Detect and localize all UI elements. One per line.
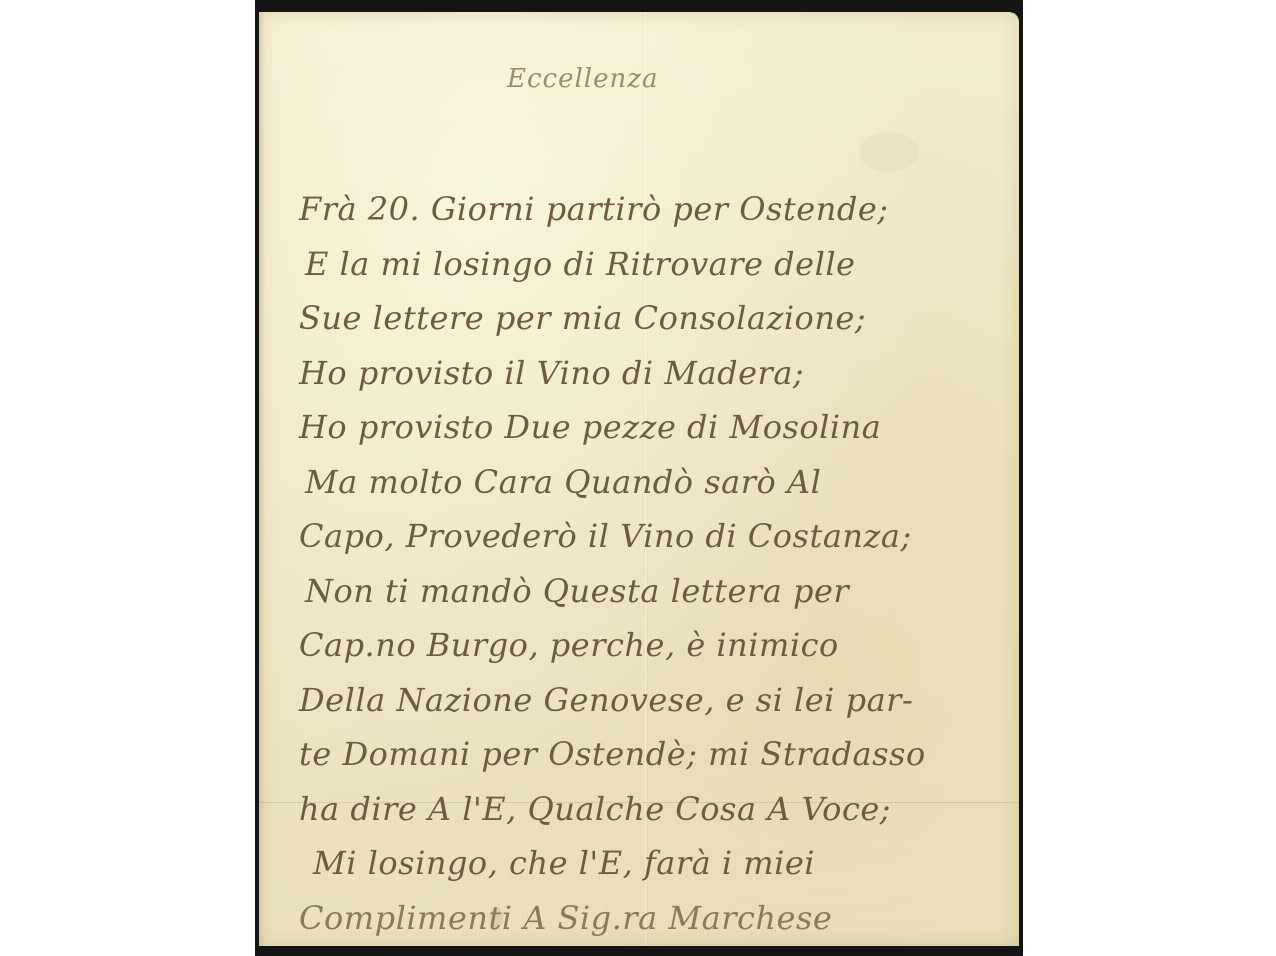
letter-paper: Eccellenza Frà 20. Giorni partirò per Os… [259, 12, 1019, 946]
paper-edge [259, 12, 265, 946]
salutation: Eccellenza [507, 64, 658, 94]
letter-line: Ma molto Cara Quandò sarò Al [299, 455, 999, 510]
letter-line: Cap.no Burgo, perche, è inimico [299, 618, 999, 673]
letter-line: Sue lettere per mia Consolazione; [299, 291, 999, 346]
letter-body: Frà 20. Giorni partirò per Ostende; E la… [299, 182, 999, 945]
letter-line: E la mi losingo di Ritrovare delle [299, 237, 999, 292]
letter-line: te Domani per Ostendè; mi Stradasso [299, 727, 999, 782]
letter-line: Mi losingo, che l'E, farà i miei [299, 836, 999, 891]
letter-line: Non ti mandò Questa lettera per [299, 564, 999, 619]
letter-line: Ho provisto il Vino di Madera; [299, 346, 999, 401]
paper-stain [859, 132, 919, 172]
letter-line: ha dire A l'E, Qualche Cosa A Voce; [299, 782, 999, 837]
letter-line: Frà 20. Giorni partirò per Ostende; [299, 182, 999, 237]
letter-line: Della Nazione Genovese, e si lei par- [299, 673, 999, 728]
viewer-background: Eccellenza Frà 20. Giorni partirò per Os… [0, 0, 1276, 956]
letter-line: Complimenti A Sig.ra Marchese [299, 891, 999, 946]
letter-line: Ho provisto Due pezze di Mosolina [299, 400, 999, 455]
letter-line: Capo, Provederò il Vino di Costanza; [299, 509, 999, 564]
